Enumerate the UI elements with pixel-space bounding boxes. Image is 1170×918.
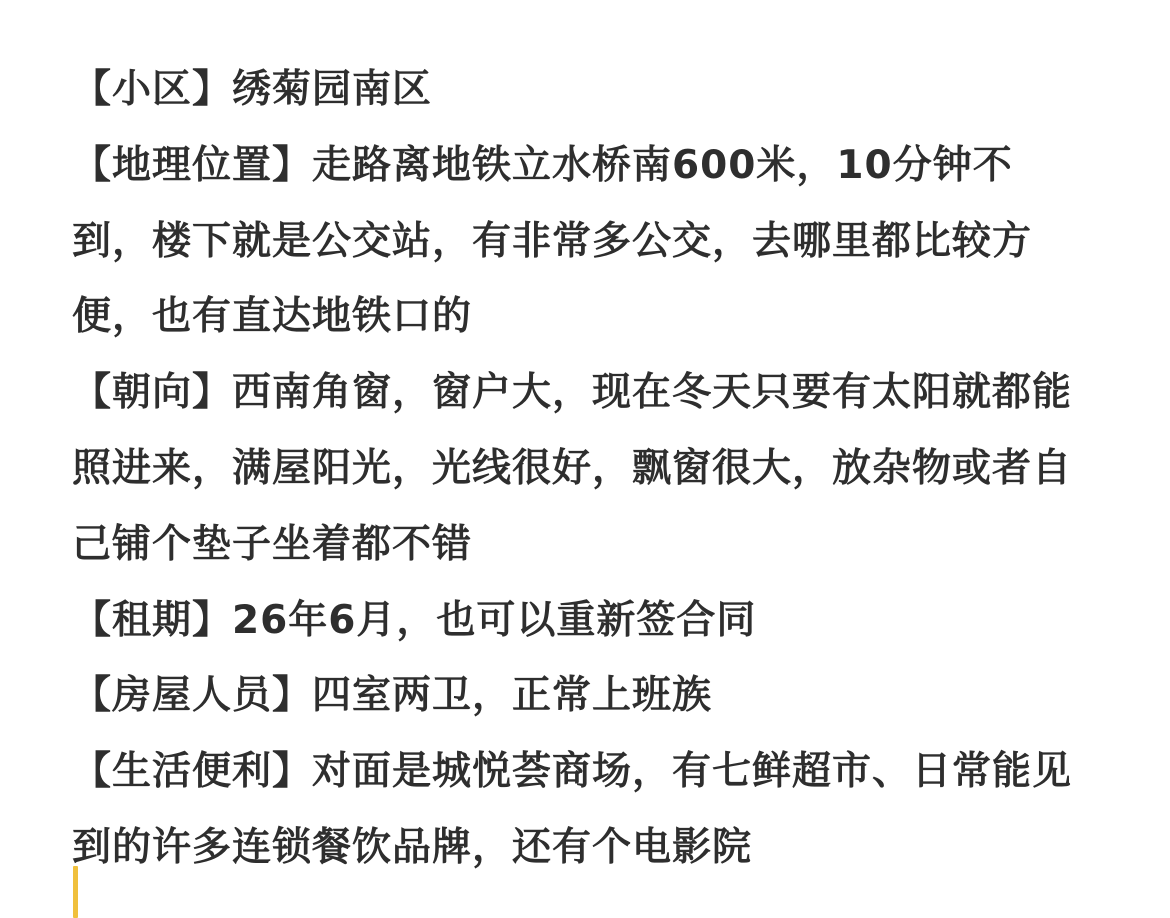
field-label: 【小区】 (72, 67, 232, 112)
field-label: 【租期】 (72, 598, 232, 643)
field-label: 【生活便利】 (72, 749, 312, 794)
field-value: 绣菊园南区 (232, 67, 432, 112)
paragraph-occupants: 【房屋人员】四室两卫，正常上班族 (72, 658, 1092, 734)
paragraph-community: 【小区】绣菊园南区 (72, 52, 1092, 128)
text-cursor (73, 866, 78, 918)
paragraph-amenities: 【生活便利】对面是城悦荟商场，有七鲜超市、日常能见到的许多连锁餐饮品牌，还有个电… (72, 734, 1092, 886)
paragraph-lease-term: 【租期】26年6月，也可以重新签合同 (72, 583, 1092, 659)
note-editor[interactable]: 【小区】绣菊园南区 【地理位置】走路离地铁立水桥南600米，10分钟不到，楼下就… (72, 52, 1092, 886)
field-label: 【地理位置】 (72, 143, 312, 188)
field-label: 【朝向】 (72, 370, 232, 415)
field-label: 【房屋人员】 (72, 673, 312, 718)
paragraph-orientation: 【朝向】西南角窗，窗户大，现在冬天只要有太阳就都能照进来，满屋阳光，光线很好，飘… (72, 355, 1092, 582)
paragraph-location: 【地理位置】走路离地铁立水桥南600米，10分钟不到，楼下就是公交站，有非常多公… (72, 128, 1092, 355)
field-value: 四室两卫，正常上班族 (312, 673, 712, 718)
field-value: 26年6月，也可以重新签合同 (232, 598, 756, 643)
